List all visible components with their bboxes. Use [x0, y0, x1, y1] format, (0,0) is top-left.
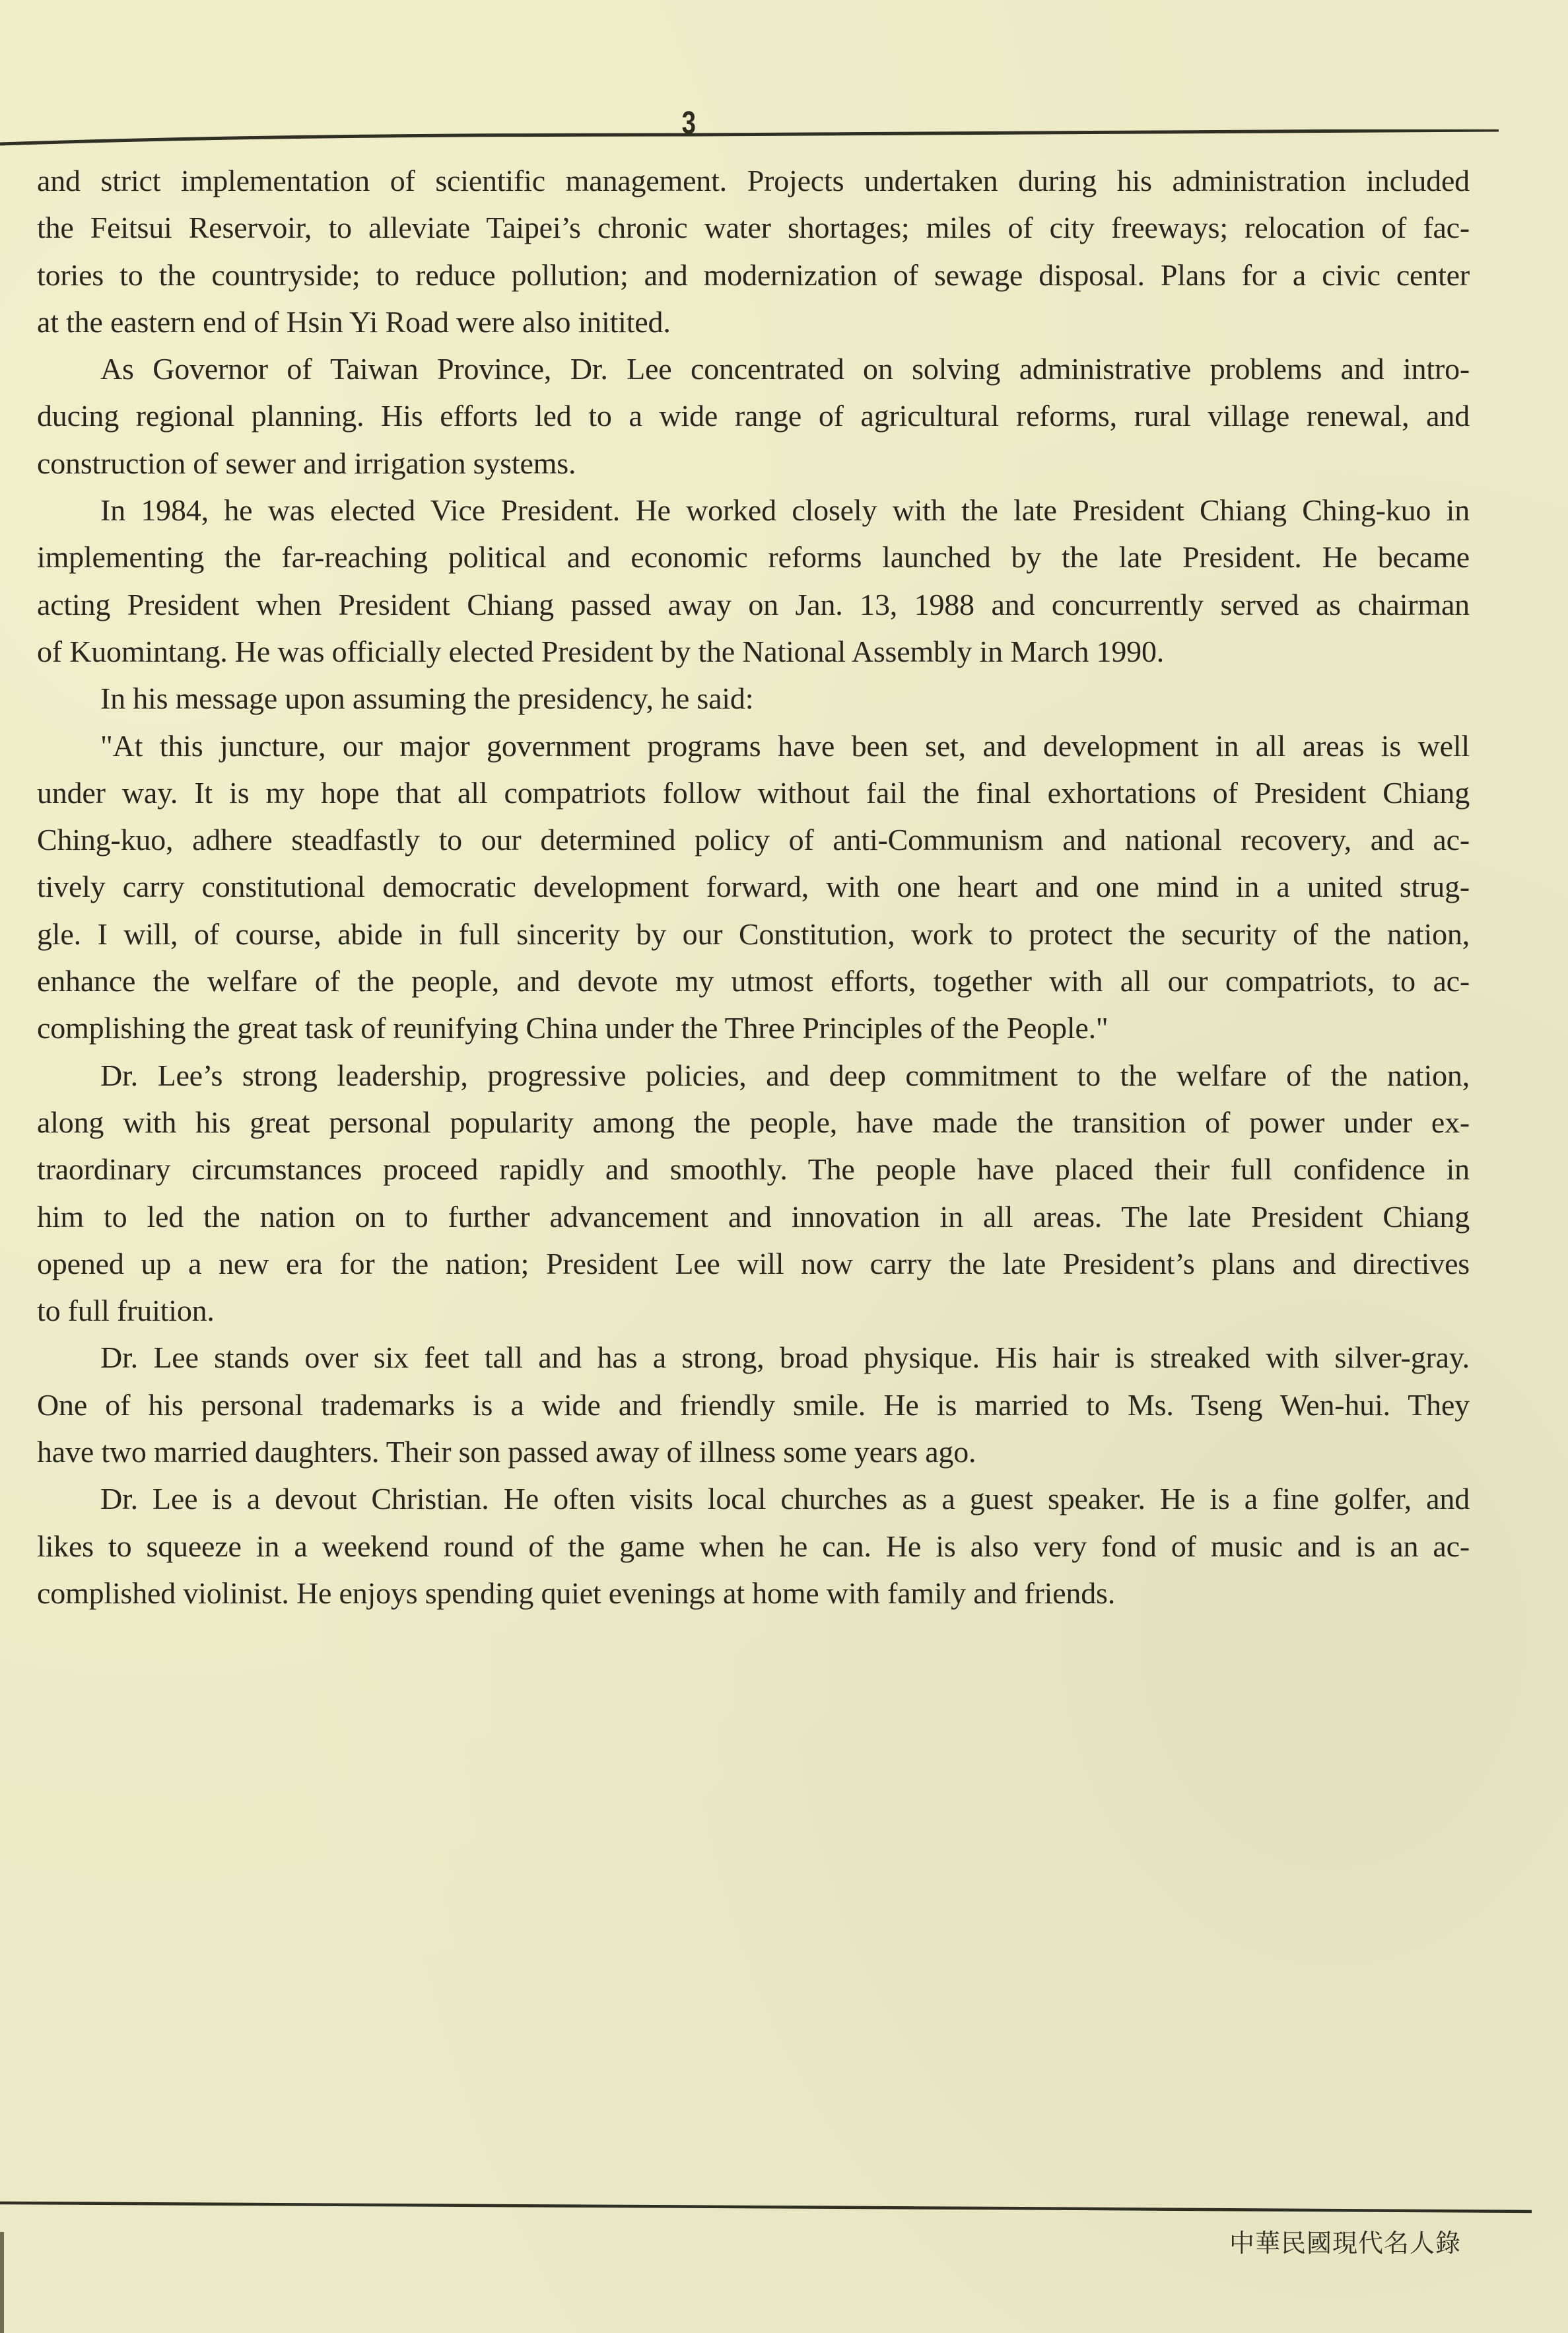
text-line: tories to the countryside; to reduce pol…	[37, 252, 1470, 298]
text-line: gle. I will, of course, abide in full si…	[37, 911, 1470, 958]
text-line: to full fruition.	[37, 1287, 1470, 1334]
text-line: As Governor of Taiwan Province, Dr. Lee …	[37, 345, 1470, 392]
paragraph: As Governor of Taiwan Province, Dr. Lee …	[37, 345, 1470, 487]
text-line: construction of sewer and irrigation sys…	[37, 440, 1470, 487]
paragraph: and strict implementation of scientific …	[37, 157, 1470, 345]
text-line: enhance the welfare of the people, and d…	[37, 958, 1470, 1004]
text-line: Ching-kuo, adhere steadfastly to our det…	[37, 816, 1470, 863]
text-line: the Feitsui Reservoir, to alleviate Taip…	[37, 204, 1470, 251]
text-line: likes to squeeze in a weekend round of t…	[37, 1523, 1470, 1570]
text-line: traordinary circumstances proceed rapidl…	[37, 1146, 1470, 1193]
footer-rule	[0, 2199, 1568, 2219]
paragraph: In 1984, he was elected Vice President. …	[37, 487, 1470, 675]
text-line: along with his great personal popularity…	[37, 1099, 1470, 1146]
text-line: have two married daughters. Their son pa…	[37, 1428, 1470, 1475]
quote-paragraph: "At this juncture, our major government …	[37, 722, 1470, 1052]
text-line: "At this juncture, our major government …	[37, 722, 1470, 769]
paragraph: Dr. Lee’s strong leadership, progressive…	[37, 1052, 1470, 1335]
text-line: under way. It is my hope that all compat…	[37, 769, 1470, 816]
header-rule	[0, 129, 1568, 149]
text-line: at the eastern end of Hsin Yi Road were …	[37, 298, 1470, 345]
paragraph: Dr. Lee is a devout Christian. He often …	[37, 1475, 1470, 1617]
text-line: acting President when President Chiang p…	[37, 581, 1470, 628]
text-line: implementing the far-reaching political …	[37, 534, 1470, 580]
text-line: Dr. Lee is a devout Christian. He often …	[37, 1475, 1470, 1522]
article-body: and strict implementation of scientific …	[37, 157, 1470, 1617]
text-line: and strict implementation of scientific …	[37, 157, 1470, 204]
text-line: In 1984, he was elected Vice President. …	[37, 487, 1470, 534]
text-line: of Kuomintang. He was officially elected…	[37, 628, 1470, 675]
paragraph: In his message upon assuming the preside…	[37, 675, 1470, 722]
text-line: ducing regional planning. His efforts le…	[37, 392, 1470, 439]
text-line: tively carry constitutional democratic d…	[37, 863, 1470, 910]
text-line: Dr. Lee’s strong leadership, progressive…	[37, 1052, 1470, 1099]
page-edge-shadow	[0, 2232, 4, 2333]
text-line: complished violinist. He enjoys spending…	[37, 1570, 1470, 1617]
paragraph: Dr. Lee stands over six feet tall and ha…	[37, 1334, 1470, 1475]
text-line: him to led the nation on to further adva…	[37, 1193, 1470, 1240]
text-line: In his message upon assuming the preside…	[37, 675, 1470, 722]
text-line: complishing the great task of reunifying…	[37, 1004, 1470, 1051]
text-line: opened up a new era for the nation; Pres…	[37, 1240, 1470, 1287]
text-line: One of his personal trademarks is a wide…	[37, 1381, 1470, 1428]
text-line: Dr. Lee stands over six feet tall and ha…	[37, 1334, 1470, 1381]
book-title-footer: 中華民國現代名人錄	[1229, 2229, 1461, 2258]
